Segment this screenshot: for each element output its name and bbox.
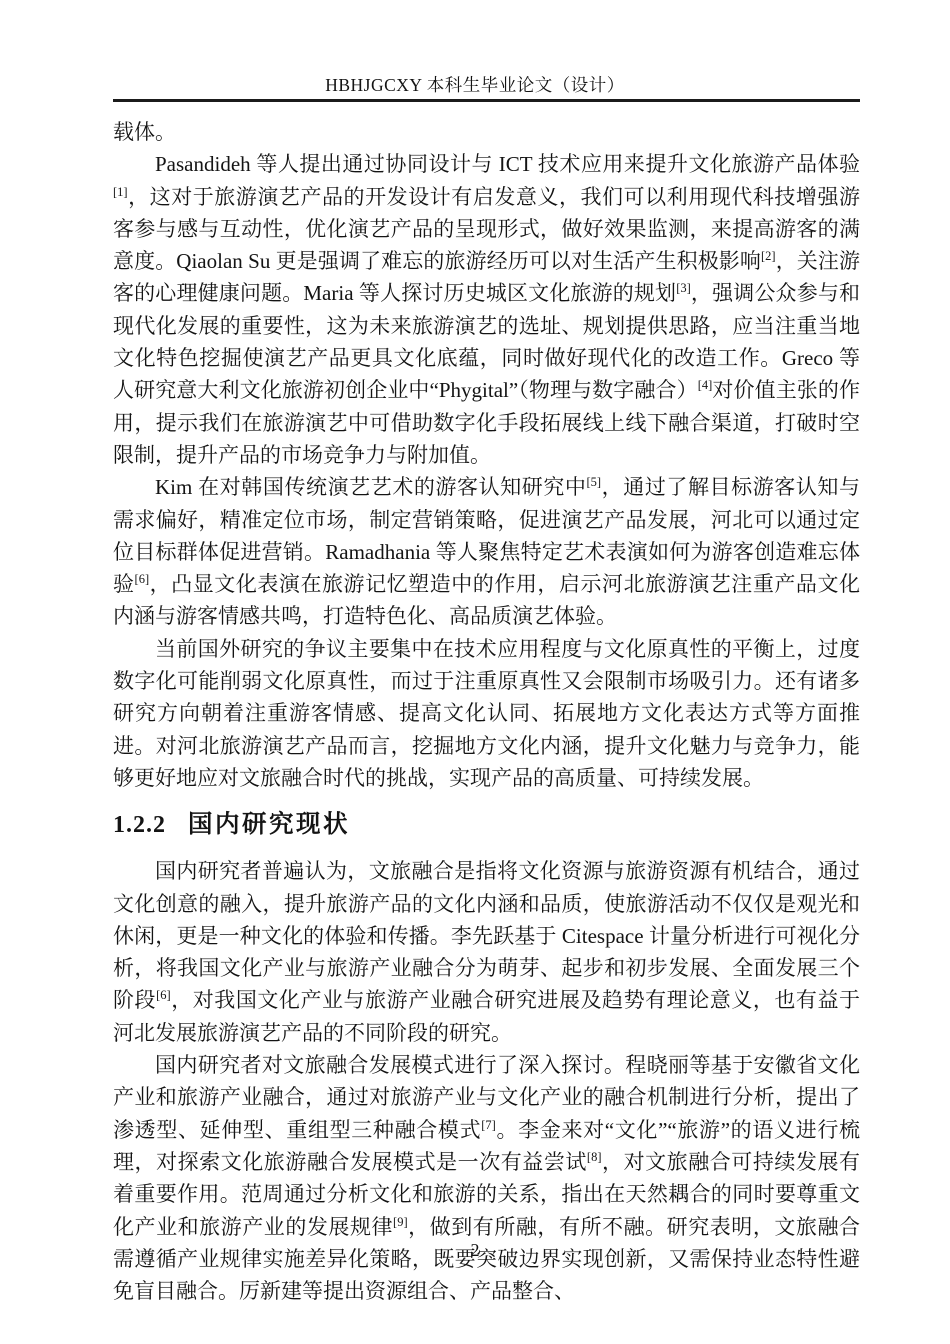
header-rule xyxy=(113,99,860,102)
citation-superscript: [8] xyxy=(587,1150,602,1164)
citation-superscript: [4] xyxy=(698,378,713,392)
section-title: 国内研究现状 xyxy=(188,811,350,838)
citation-superscript: [9] xyxy=(393,1215,408,1229)
body-paragraph: Kim 在对韩国传统演艺艺术的游客认知研究中[5]，通过了解目标游客认知与需求偏… xyxy=(113,471,860,632)
header-title: HBHJGCXY 本科生毕业论文（设计） xyxy=(0,74,950,96)
citation-superscript: [7] xyxy=(481,1118,496,1132)
document-page: HBHJGCXY 本科生毕业论文（设计） 载体。Pasandideh 等人提出通… xyxy=(0,0,950,1344)
citation-superscript: [5] xyxy=(587,475,602,489)
body-paragraph: 当前国外研究的争议主要集中在技术应用程度与文化原真性的平衡上，过度数字化可能削弱… xyxy=(113,633,860,794)
citation-superscript: [6] xyxy=(156,988,171,1002)
body-paragraph: 国内研究者对文旅融合发展模式进行了深入探讨。程晓丽等基于安徽省文化产业和旅游产业… xyxy=(113,1049,860,1307)
document-body: 载体。Pasandideh 等人提出通过协同设计与 ICT 技术应用来提升文化旅… xyxy=(113,116,860,1307)
citation-superscript: [2] xyxy=(761,249,776,263)
section-heading: 1.2.2国内研究现状 xyxy=(113,807,860,843)
body-paragraph: 载体。 xyxy=(113,116,860,148)
citation-superscript: [1] xyxy=(113,185,128,199)
page-number: 2 xyxy=(471,1240,480,1260)
page-footer: 2 xyxy=(0,1240,950,1261)
citation-superscript: [6] xyxy=(135,572,150,586)
body-paragraph: Pasandideh 等人提出通过协同设计与 ICT 技术应用来提升文化旅游产品… xyxy=(113,148,860,471)
citation-superscript: [3] xyxy=(676,281,691,295)
section-number: 1.2.2 xyxy=(113,812,166,838)
body-paragraph: 国内研究者普遍认为，文旅融合是指将文化资源与旅游资源有机结合，通过文化创意的融入… xyxy=(113,855,860,1049)
